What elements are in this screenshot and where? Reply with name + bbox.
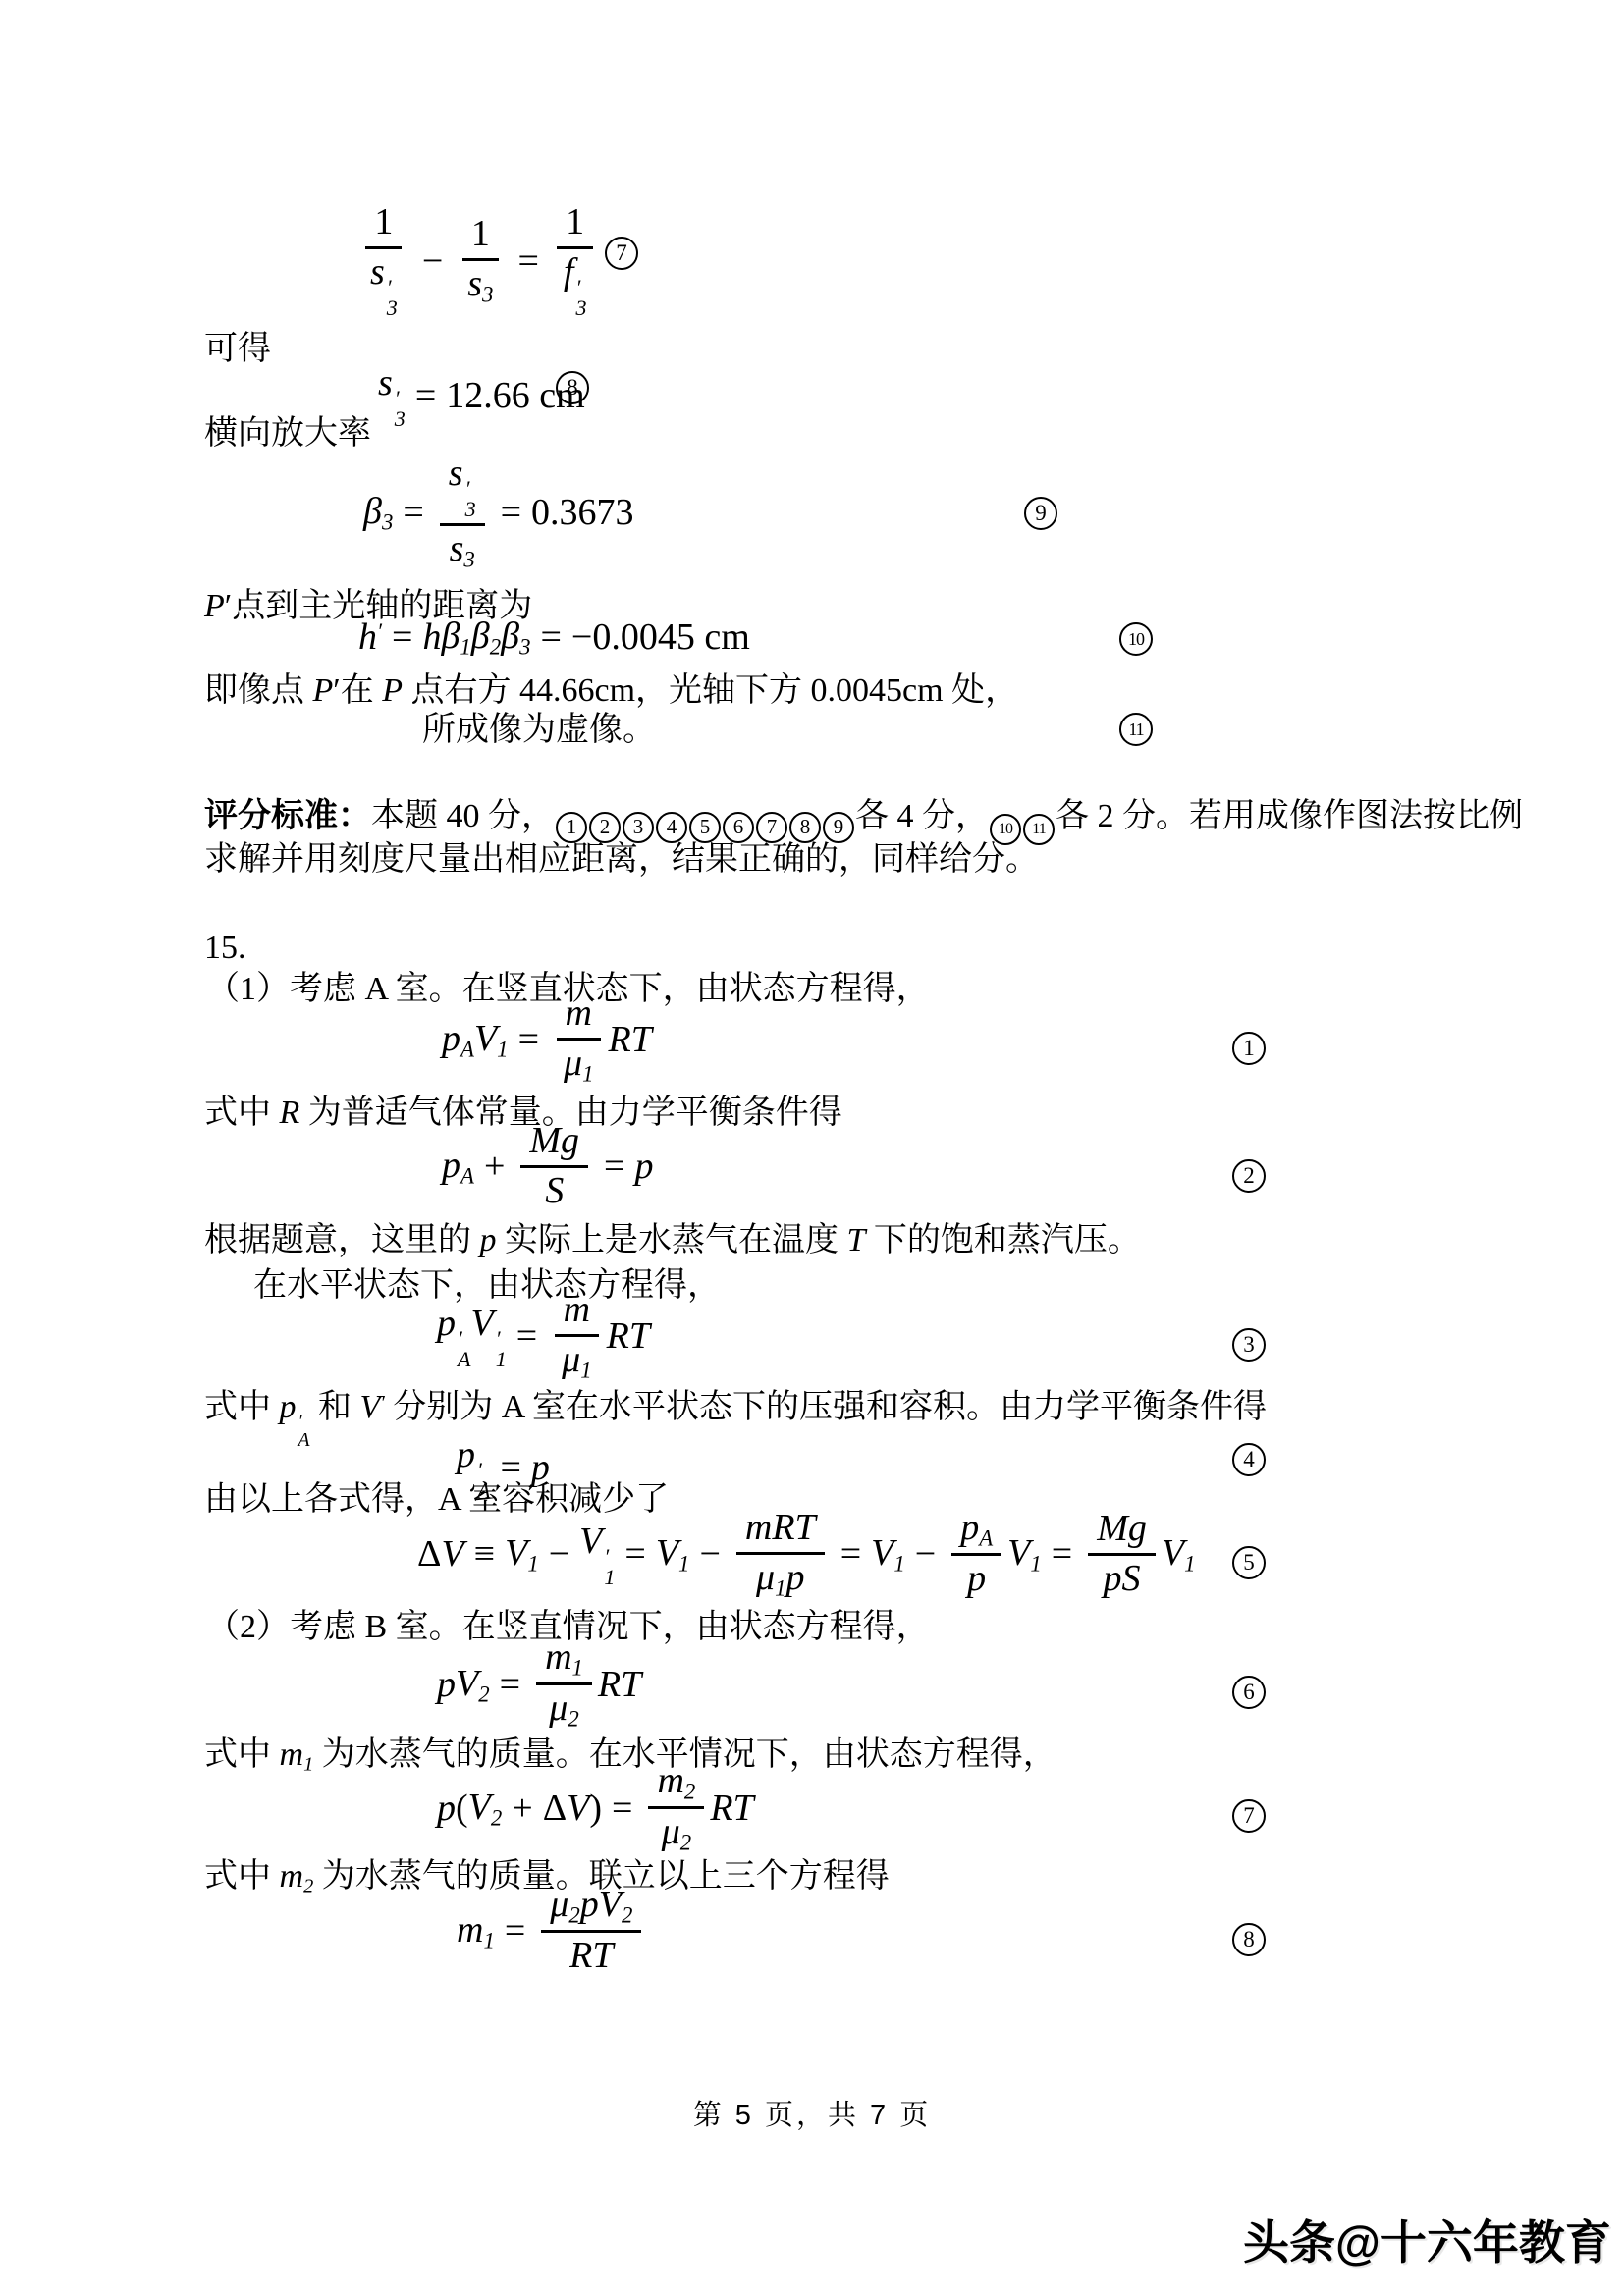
- equation-number-circle-3: 3: [1232, 1328, 1266, 1362]
- document-page: 1s′3−1s3=1f′3 7 可得 s′3=12.66 cm 8 横向放大率 …: [0, 0, 1624, 2296]
- equation-number-circle-8a: 8: [556, 371, 589, 404]
- scoring-label: 评分标准：: [204, 798, 371, 834]
- equation-state-A-horizontal: p′AV′1=mμ1RT: [437, 1290, 650, 1382]
- scoring-part1: 本题 40 分，: [371, 798, 555, 834]
- equation-number-circle-9: 9: [1024, 497, 1057, 530]
- equation-mech-balance-vertical: pA+MgS=p: [442, 1121, 653, 1212]
- problem-15-number: 15.: [204, 927, 246, 970]
- equation-number-circle-5: 5: [1232, 1546, 1266, 1579]
- scoring-circles-10-11: 1011: [989, 798, 1056, 834]
- line-pA-V-definition: 式中 p′A 和 V′ 分别为 A 室在水平状态下的压强和容积。由力学平衡条件得: [204, 1386, 1267, 1450]
- equation-number-circle-11: 11: [1119, 713, 1153, 746]
- equation-h-prime: h′=hβ1β2β3=−0.0045 cm: [358, 614, 750, 660]
- equation-number-circle-7a: 7: [605, 237, 638, 270]
- scoring-part3: 各 2 分。若用成像作图法按比例: [1056, 798, 1523, 834]
- scoring-part2: 各 4 分，: [855, 798, 989, 834]
- line-kede: 可得: [204, 328, 271, 371]
- equation-lens-formula: 1s′3−1s3=1f′3: [355, 202, 601, 319]
- equation-state-B-horizontal: p(V2+ΔV)=m2μ2RT: [437, 1761, 754, 1855]
- equation-state-A-vertical: pAV1=mμ1RT: [442, 993, 652, 1086]
- line-image-position: 即像点 P′在 P 点右方 44.66cm，光轴下方 0.0045cm 处，: [204, 669, 1018, 713]
- watermark: 头条@十六年教育: [1243, 2207, 1611, 2272]
- line-hengxiang: 横向放大率: [204, 412, 371, 455]
- equation-number-circle-2: 2: [1232, 1159, 1266, 1193]
- equation-number-circle-4: 4: [1232, 1443, 1266, 1476]
- equation-state-B-vertical: pV2=m1μ2RT: [437, 1637, 641, 1732]
- line-saturation-pressure: 根据题意，这里的 p 实际上是水蒸气在温度 T 下的饱和蒸汽压。: [204, 1219, 1141, 1262]
- page-number: 第 5 页，共 7 页: [0, 2093, 1624, 2133]
- scoring-circles-1-9: 123456789: [555, 798, 855, 834]
- line-virtual-image: 所成像为虚像。: [422, 709, 656, 752]
- equation-number-circle-10: 10: [1119, 622, 1153, 656]
- equation-number-circle-6: 6: [1232, 1676, 1266, 1709]
- equation-s3-value: s′3=12.66 cm: [378, 361, 585, 430]
- equation-number-circle-7b: 7: [1232, 1799, 1266, 1833]
- equation-m1-result: m1=μ2pV2RT: [457, 1885, 647, 1977]
- equation-number-circle-8b: 8: [1232, 1923, 1266, 1956]
- equation-number-circle-1: 1: [1232, 1032, 1266, 1065]
- equation-beta3: β3=s′3s3=0.3673: [363, 454, 634, 572]
- scoring-line-2: 求解并用刻度尺量出相应距离，结果正确的，同样给分。: [204, 838, 1039, 881]
- equation-delta-V: ΔV≡V1−V′1=V1−mRTμ1p=V1−pApV1=MgpSV1: [417, 1508, 1195, 1600]
